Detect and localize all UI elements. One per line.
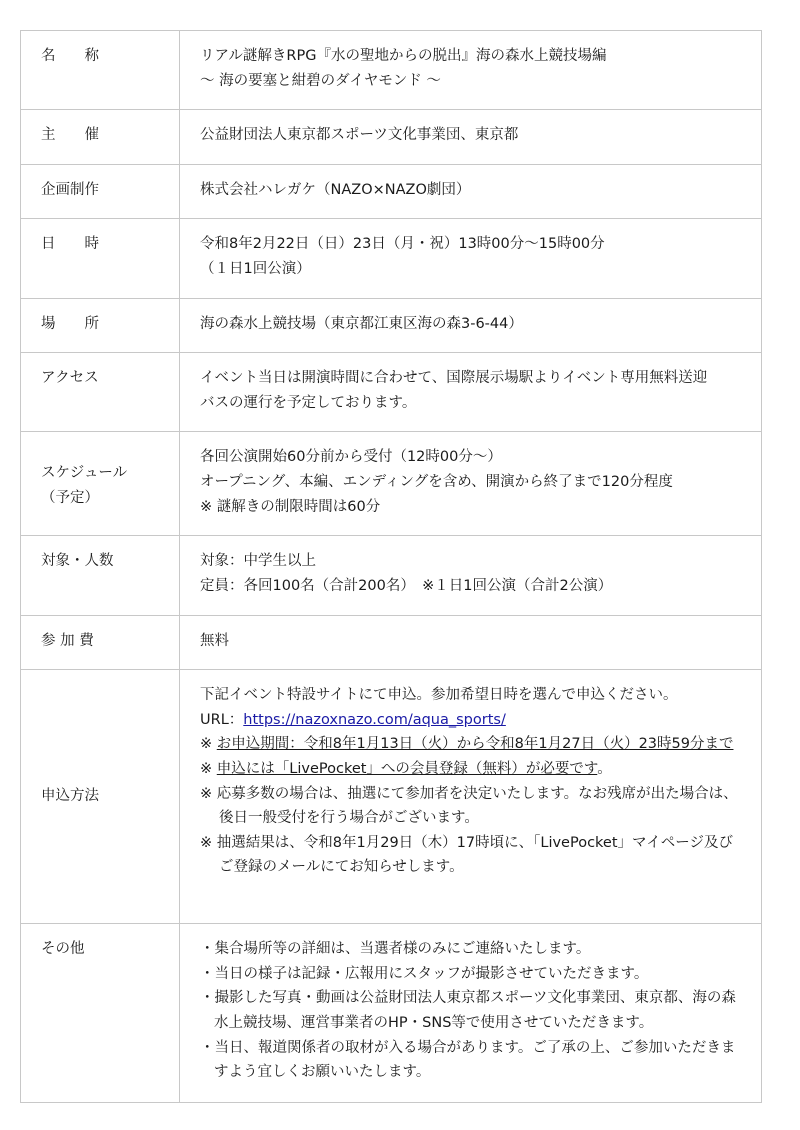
url-line: URL：https://nazoxnazo.com/aqua_sports/ [200, 708, 747, 733]
venue-text: 海の森水上競技場（東京都江東区海の森3-6-44） [200, 312, 747, 337]
other-bullet-2: ・当日の様子は記録・広報用にスタッフが撮影させていただきます。 [200, 962, 747, 987]
value-cell: リアル謎解きRPG『水の聖地からの脱出』海の森水上競技場編 ～ 海の要塞と紺碧の… [180, 31, 762, 110]
note-text: 抽選結果は、令和8年1月29日（木）17時頃に、「LivePocket」マイペー… [217, 835, 733, 876]
row-label: アクセス [41, 370, 99, 386]
value-cell: 公益財団法人東京都スポーツ文化事業団、東京都 [180, 110, 762, 165]
row-label: 企画制作 [41, 182, 99, 198]
other-bullet-4: ・当日、報道関係者の取材が入る場合があります。ご了承の上、ご参加いただきますよう… [200, 1036, 747, 1085]
datetime-note: （１日1回公演） [200, 257, 747, 282]
production-text: 株式会社ハレガケ（NAZO×NAZO劇団） [200, 178, 747, 203]
other-bullet-1: ・集合場所等の詳細は、当選者様のみにご連絡いたします。 [200, 937, 747, 962]
value-cell: イベント当日は開演時間に合わせて、国際展示場駅よりイベント専用無料送迎 バスの運… [180, 353, 762, 432]
access-text-1: イベント当日は開演時間に合わせて、国際展示場駅よりイベント専用無料送迎 [200, 366, 747, 391]
application-note-period: ※ お申込期間：令和8年1月13日（火）から令和8年1月27日（火）23時59分… [200, 732, 747, 757]
schedule-line-3: ※ 謎解きの制限時間は60分 [200, 495, 747, 520]
schedule-line-1: 各回公演開始60分前から受付（12時00分～） [200, 445, 747, 470]
label-cell: 対象・人数 [21, 536, 180, 615]
value-cell: 対象：中学生以上 定員：各回100名（合計200名） ※１日1回公演（合計2公演… [180, 536, 762, 615]
row-label: その他 [41, 941, 85, 957]
value-cell: 各回公演開始60分前から受付（12時00分～） オープニング、本編、エンディング… [180, 432, 762, 536]
row-label: 主 催 [41, 127, 99, 143]
fee-text: 無料 [200, 629, 747, 654]
row-label: 名 称 [41, 48, 99, 64]
note-text: 応募多数の場合は、抽選にて参加者を決定いたします。なお残席が出た場合は、後日一般… [217, 786, 738, 827]
row-application: 申込方法 下記イベント特設サイトにて申込。参加希望日時を選んで申込ください。 U… [21, 670, 762, 924]
application-note-results: ※ 抽選結果は、令和8年1月29日（木）17時頃に、「LivePocket」マイ… [200, 831, 747, 880]
row-label-sub: （予定） [41, 486, 179, 511]
application-note-lottery: ※ 応募多数の場合は、抽選にて参加者を決定いたします。なお残席が出た場合は、後日… [200, 782, 747, 831]
label-cell: 主 催 [21, 110, 180, 165]
datetime-text: 令和8年2月22日（日）23日（月・祝）13時00分～15時00分 [200, 232, 747, 257]
access-text-2: バスの運行を予定しております。 [200, 391, 747, 416]
note-text: お申込期間：令和8年1月13日（火）から令和8年1月27日（火）23時59分まで [217, 736, 734, 752]
row-other: その他 ・集合場所等の詳細は、当選者様のみにご連絡いたします。 ・当日の様子は記… [21, 924, 762, 1103]
row-target: 対象・人数 対象：中学生以上 定員：各回100名（合計200名） ※１日1回公演… [21, 536, 762, 615]
capacity-text: 定員：各回100名（合計200名） ※１日1回公演（合計2公演） [200, 574, 747, 599]
application-note-registration: ※ 申込には「LivePocket」への会員登録（無料）が必要です。 [200, 757, 747, 782]
row-label: スケジュール [41, 461, 179, 486]
label-cell: 参 加 費 [21, 615, 180, 670]
note-text: 申込には「LivePocket」への会員登録（無料）が必要です [217, 761, 598, 777]
label-cell: 場 所 [21, 298, 180, 353]
value-cell: 株式会社ハレガケ（NAZO×NAZO劇団） [180, 164, 762, 219]
note-mark: ※ [200, 761, 217, 777]
target-text: 対象：中学生以上 [200, 549, 747, 574]
label-cell: スケジュール （予定） [21, 432, 180, 536]
event-title: リアル謎解きRPG『水の聖地からの脱出』海の森水上競技場編 [200, 44, 747, 69]
other-bullet-3: ・撮影した写真・動画は公益財団法人東京都スポーツ文化事業団、東京都、海の森水上競… [200, 986, 747, 1035]
row-name: 名 称 リアル謎解きRPG『水の聖地からの脱出』海の森水上競技場編 ～ 海の要塞… [21, 31, 762, 110]
label-cell: 申込方法 [21, 670, 180, 924]
value-cell: 令和8年2月22日（日）23日（月・祝）13時00分～15時00分 （１日1回公… [180, 219, 762, 298]
row-label: 参 加 費 [41, 633, 94, 649]
event-site-link[interactable]: https://nazoxnazo.com/aqua_sports/ [243, 712, 506, 728]
label-cell: 名 称 [21, 31, 180, 110]
value-cell: 下記イベント特設サイトにて申込。参加希望日時を選んで申込ください。 URL：ht… [180, 670, 762, 924]
row-venue: 場 所 海の森水上競技場（東京都江東区海の森3-6-44） [21, 298, 762, 353]
note-mark: ※ [200, 736, 217, 752]
value-cell: 海の森水上競技場（東京都江東区海の森3-6-44） [180, 298, 762, 353]
row-datetime: 日 時 令和8年2月22日（日）23日（月・祝）13時00分～15時00分 （１… [21, 219, 762, 298]
row-production: 企画制作 株式会社ハレガケ（NAZO×NAZO劇団） [21, 164, 762, 219]
note-tail: 。 [597, 761, 612, 777]
event-subtitle: ～ 海の要塞と紺碧のダイヤモンド ～ [200, 69, 747, 94]
label-cell: 日 時 [21, 219, 180, 298]
row-schedule: スケジュール （予定） 各回公演開始60分前から受付（12時00分～） オープニ… [21, 432, 762, 536]
url-label: URL： [200, 712, 243, 728]
row-fee: 参 加 費 無料 [21, 615, 762, 670]
row-label: 対象・人数 [41, 553, 114, 569]
value-cell: ・集合場所等の詳細は、当選者様のみにご連絡いたします。 ・当日の様子は記録・広報… [180, 924, 762, 1103]
row-label: 申込方法 [41, 788, 99, 804]
event-info-table: 名 称 リアル謎解きRPG『水の聖地からの脱出』海の森水上競技場編 ～ 海の要塞… [20, 30, 762, 1103]
row-label: 日 時 [41, 236, 99, 252]
row-organizer: 主 催 公益財団法人東京都スポーツ文化事業団、東京都 [21, 110, 762, 165]
schedule-line-2: オープニング、本編、エンディングを含め、開演から終了まで120分程度 [200, 470, 747, 495]
value-cell: 無料 [180, 615, 762, 670]
label-cell: その他 [21, 924, 180, 1103]
label-cell: 企画制作 [21, 164, 180, 219]
row-label: 場 所 [41, 316, 99, 332]
note-mark: ※ [200, 835, 217, 851]
application-intro: 下記イベント特設サイトにて申込。参加希望日時を選んで申込ください。 [200, 683, 747, 708]
row-access: アクセス イベント当日は開演時間に合わせて、国際展示場駅よりイベント専用無料送迎… [21, 353, 762, 432]
label-cell: アクセス [21, 353, 180, 432]
organizer-text: 公益財団法人東京都スポーツ文化事業団、東京都 [200, 123, 747, 148]
note-mark: ※ [200, 786, 217, 802]
